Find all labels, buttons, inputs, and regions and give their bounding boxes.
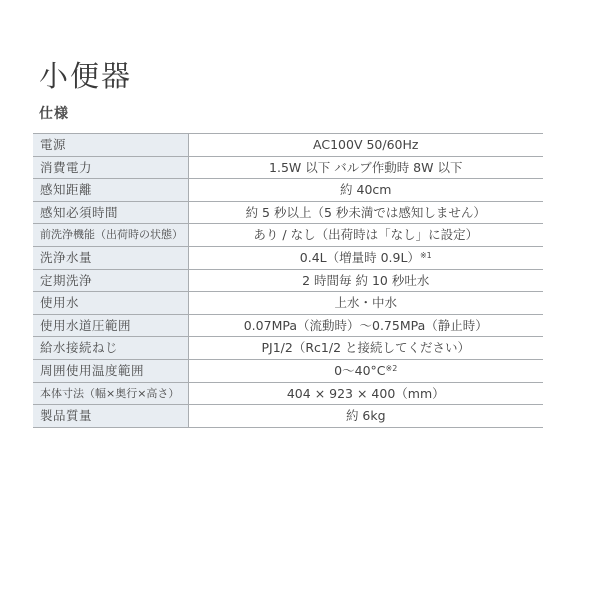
row-value: 2 時間毎 約 10 秒吐水 [188, 269, 543, 292]
table-row: 洗浄水量 0.4L（増量時 0.9L）※1 [33, 246, 543, 269]
value-text: 約 5 秒以上（5 秒未満では感知しません） [246, 205, 486, 220]
row-value: AC100V 50/60Hz [188, 134, 543, 157]
row-value: 約 5 秒以上（5 秒未満では感知しません） [188, 201, 543, 224]
row-label: 前洗浄機能（出荷時の状態） [33, 224, 188, 247]
value-text: 上水・中水 [334, 295, 397, 310]
spec-page: 小便器 仕様 電源 AC100V 50/60Hz 消費電力 1.5W 以下 バル… [0, 0, 600, 600]
footnote-marker: ※2 [386, 364, 398, 373]
row-value: 上水・中水 [188, 292, 543, 315]
table-row: 定期洗浄 2 時間毎 約 10 秒吐水 [33, 269, 543, 292]
row-label: 本体寸法（幅×奥行×高さ） [33, 382, 188, 405]
row-label: 電源 [33, 134, 188, 157]
table-row: 消費電力 1.5W 以下 バルブ作動時 8W 以下 [33, 156, 543, 179]
row-label: 定期洗浄 [33, 269, 188, 292]
table-row: 周囲使用温度範囲 0〜40°C※2 [33, 359, 543, 382]
row-value: PJ1/2（Rc1/2 と接続してください） [188, 337, 543, 360]
row-label: 消費電力 [33, 156, 188, 179]
table-row: 電源 AC100V 50/60Hz [33, 134, 543, 157]
row-value: 404 × 923 × 400（mm） [188, 382, 543, 405]
row-label: 感知距離 [33, 179, 188, 202]
value-text: 2 時間毎 約 10 秒吐水 [302, 273, 429, 288]
row-value: 約 40cm [188, 179, 543, 202]
section-heading: 仕様 [39, 105, 69, 123]
value-text: 0〜40°C [334, 363, 385, 378]
footnote-marker: ※1 [420, 251, 432, 260]
value-text: 0.07MPa（流動時）〜0.75MPa（静止時） [244, 318, 488, 333]
row-value: 0.4L（増量時 0.9L）※1 [188, 246, 543, 269]
row-label: 周囲使用温度範囲 [33, 359, 188, 382]
value-text: 約 6kg [346, 408, 386, 423]
row-label: 製品質量 [33, 405, 188, 428]
row-label: 使用水道圧範囲 [33, 314, 188, 337]
table-row: 感知距離 約 40cm [33, 179, 543, 202]
value-text: 約 40cm [340, 182, 391, 197]
row-value: あり / なし（出荷時は「なし」に設定） [188, 224, 543, 247]
value-text: あり / なし（出荷時は「なし」に設定） [253, 227, 478, 242]
table-row: 感知必須時間 約 5 秒以上（5 秒未満では感知しません） [33, 201, 543, 224]
table-row: 給水接続ねじ PJ1/2（Rc1/2 と接続してください） [33, 337, 543, 360]
row-label: 洗浄水量 [33, 246, 188, 269]
spec-table: 電源 AC100V 50/60Hz 消費電力 1.5W 以下 バルブ作動時 8W… [33, 133, 543, 428]
value-text: PJ1/2（Rc1/2 と接続してください） [262, 340, 471, 355]
row-label: 使用水 [33, 292, 188, 315]
row-value: 0〜40°C※2 [188, 359, 543, 382]
table-row: 製品質量 約 6kg [33, 405, 543, 428]
value-text: 0.4L（増量時 0.9L） [300, 250, 420, 265]
row-label: 感知必須時間 [33, 201, 188, 224]
table-row: 前洗浄機能（出荷時の状態） あり / なし（出荷時は「なし」に設定） [33, 224, 543, 247]
row-value: 1.5W 以下 バルブ作動時 8W 以下 [188, 156, 543, 179]
row-value: 約 6kg [188, 405, 543, 428]
value-text: 1.5W 以下 バルブ作動時 8W 以下 [269, 160, 462, 175]
row-value: 0.07MPa（流動時）〜0.75MPa（静止時） [188, 314, 543, 337]
table-row: 使用水 上水・中水 [33, 292, 543, 315]
value-text: AC100V 50/60Hz [313, 137, 418, 152]
value-text: 404 × 923 × 400（mm） [287, 386, 445, 401]
page-title: 小便器 [39, 58, 132, 94]
table-row: 本体寸法（幅×奥行×高さ） 404 × 923 × 400（mm） [33, 382, 543, 405]
row-label: 給水接続ねじ [33, 337, 188, 360]
table-row: 使用水道圧範囲 0.07MPa（流動時）〜0.75MPa（静止時） [33, 314, 543, 337]
